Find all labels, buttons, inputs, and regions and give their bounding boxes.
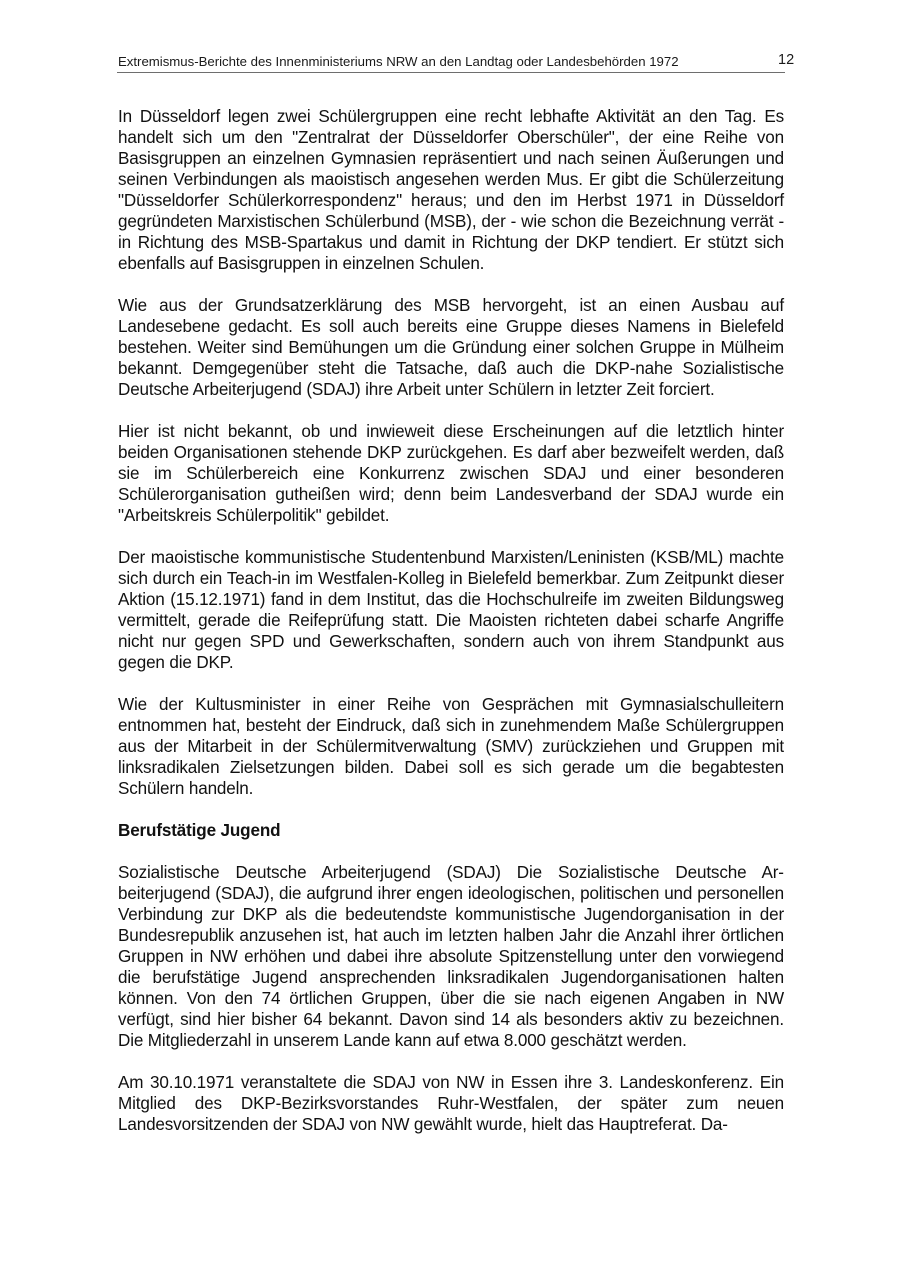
paragraph-ksb-ml: Der maoistische kommunistische Studenten…: [118, 547, 784, 673]
running-title: Extremismus-Berichte des Innenministeriu…: [118, 52, 679, 72]
page-header: Extremismus-Berichte des Innenministeriu…: [117, 52, 785, 73]
document-body: In Düsseldorf legen zwei Schülergruppen …: [118, 106, 784, 1135]
paragraph-duesseldorf-schuelergruppen: In Düsseldorf legen zwei Schülergruppen …: [118, 106, 784, 274]
page-number: 12: [778, 50, 794, 70]
paragraph-kultusminister: Wie der Kultusminister in einer Reihe vo…: [118, 694, 784, 799]
paragraph-dkp-hintergrund: Hier ist nicht bekannt, ob und inwieweit…: [118, 421, 784, 526]
paragraph-msb-ausbau: Wie aus der Grundsatzerklärung des MSB h…: [118, 295, 784, 400]
paragraph-sdaj: Sozialistische Deutsche Arbeiterjugend (…: [118, 862, 784, 1051]
paragraph-landeskonferenz: Am 30.10.1971 veranstaltete die SDAJ von…: [118, 1072, 784, 1135]
section-heading-berufstaetige-jugend: Berufstätige Jugend: [118, 820, 784, 841]
